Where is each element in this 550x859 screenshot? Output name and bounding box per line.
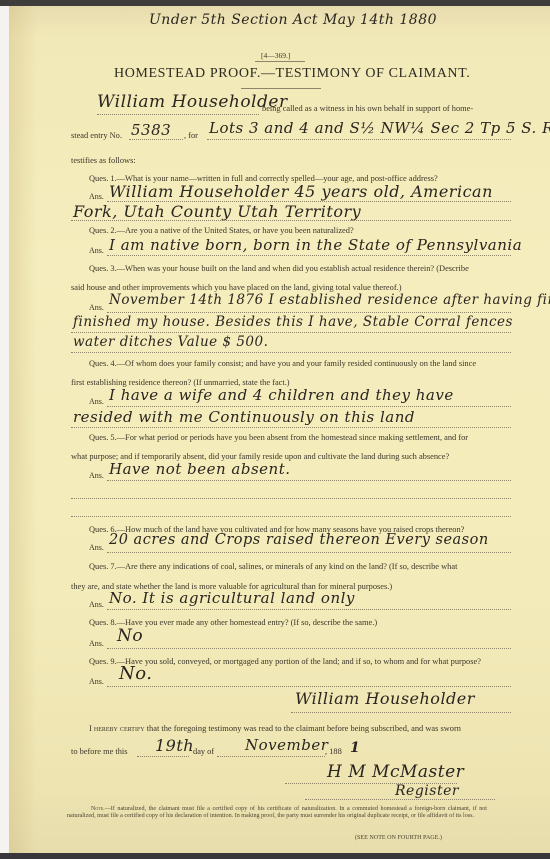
answer-line xyxy=(71,427,511,428)
handwritten-annotation: Under 5th Section Act May 14th 1880 xyxy=(149,12,437,28)
fill-line xyxy=(129,139,183,140)
question-3-continuation: said house and other improvements which … xyxy=(71,283,402,292)
answer-line xyxy=(71,516,511,517)
answer-label: Ans. xyxy=(89,397,104,406)
officer-title: Register xyxy=(395,783,459,799)
answer-label: Ans. xyxy=(89,600,104,609)
answer-1-line-2: Fork, Utah County Utah Territory xyxy=(73,202,361,221)
answer-label: Ans. xyxy=(89,677,104,686)
answer-3-line-3: water ditches Value $ 500. xyxy=(73,334,268,350)
certification-lead: I hereby certify xyxy=(89,724,145,733)
question-5: Ques. 5.—For what period or periods have… xyxy=(89,433,468,442)
intro-entry-label: stead entry No. xyxy=(71,131,122,140)
year-digit: 1 xyxy=(350,740,360,756)
sworn-month: November xyxy=(245,736,328,754)
certification-body: that the foregoing testimony was read to… xyxy=(147,724,461,733)
sworn-day: 19th xyxy=(155,736,194,755)
sworn-date-prefix: to before me this xyxy=(71,747,128,756)
claimant-name: William Householder xyxy=(97,92,288,112)
answer-label: Ans. xyxy=(89,246,104,255)
answer-3-line-1: November 14th 1876 I established residen… xyxy=(109,292,550,308)
answer-4-line-2: resided with me Continuously on this lan… xyxy=(73,408,415,426)
answer-line xyxy=(107,255,511,256)
answer-8-line-1: No xyxy=(117,626,143,646)
answer-5-line-1: Have not been absent. xyxy=(109,460,291,478)
form-number: [4—369.] xyxy=(261,51,290,60)
divider xyxy=(255,61,305,62)
see-note-reference: (SEE NOTE ON FOURTH PAGE.) xyxy=(355,835,442,842)
entry-number: 5383 xyxy=(131,121,171,139)
day-line xyxy=(137,756,189,757)
month-line xyxy=(217,756,325,757)
signature-line xyxy=(291,712,511,713)
land-description: Lots 3 and 4 and S½ NW¼ Sec 2 Tp 5 S. R … xyxy=(209,119,550,137)
answer-line xyxy=(71,498,511,499)
claimant-signature: William Householder xyxy=(295,689,475,708)
answer-line xyxy=(107,406,511,407)
answer-line xyxy=(71,220,511,221)
answer-line xyxy=(71,332,511,333)
intro-for-label: , for xyxy=(184,131,198,140)
page-title: HOMESTEAD PROOF.—TESTIMONY OF CLAIMANT. xyxy=(114,66,470,82)
question-3: Ques. 3.—When was your house built on th… xyxy=(89,264,469,273)
answer-label: Ans. xyxy=(89,471,104,480)
document-page: Under 5th Section Act May 14th 1880 [4—3… xyxy=(9,6,550,853)
certification-text: I hereby certify that the foregoing test… xyxy=(89,724,461,733)
note-text: —If naturalized, the claimant must file … xyxy=(67,806,487,819)
answer-line xyxy=(107,686,511,687)
answer-4-line-1: I have a wife and 4 children and they ha… xyxy=(109,386,454,404)
scan-margin-left xyxy=(0,6,9,853)
year-prefix: , 188 xyxy=(325,747,342,756)
answer-label: Ans. xyxy=(89,303,104,312)
answer-line xyxy=(107,552,511,553)
day-of-label: day of xyxy=(193,747,214,756)
officer-title-line xyxy=(305,799,495,800)
answer-line xyxy=(107,480,511,481)
fill-line xyxy=(207,139,511,140)
question-7: Ques. 7.—Are there any indications of co… xyxy=(89,562,457,571)
officer-signature: H M McMaster xyxy=(327,762,464,782)
answer-label: Ans. xyxy=(89,192,104,201)
answer-line xyxy=(71,352,511,353)
note-lead: Note. xyxy=(91,806,105,812)
answer-line xyxy=(107,609,511,610)
footer-note: Note.—If naturalized, the claimant must … xyxy=(67,806,487,820)
answer-7-line-1: No. It is agricultural land only xyxy=(109,589,355,607)
intro-text-line1: being called as a witness in his own beh… xyxy=(262,104,473,113)
answer-3-line-2: finished my house. Besides this I have, … xyxy=(73,314,513,330)
answer-1-line-1: William Householder 45 years old, Americ… xyxy=(109,182,493,201)
fill-line xyxy=(97,114,259,115)
intro-text-line3: testifies as follows: xyxy=(71,156,136,165)
answer-label: Ans. xyxy=(89,543,104,552)
answer-line xyxy=(107,312,511,313)
answer-6-line-1: 20 acres and Crops raised thereon Every … xyxy=(109,532,489,548)
question-2: Ques. 2.—Are you a native of the United … xyxy=(89,226,354,235)
question-4: Ques. 4.—Of whom does your family consis… xyxy=(89,359,476,368)
title-ornament-rule xyxy=(241,88,321,89)
answer-line xyxy=(107,648,511,649)
scan-border-bottom xyxy=(0,853,550,859)
answer-label: Ans. xyxy=(89,639,104,648)
answer-9-line-1: No. xyxy=(119,663,153,684)
answer-2-line-1: I am native born, born in the State of P… xyxy=(109,236,522,254)
